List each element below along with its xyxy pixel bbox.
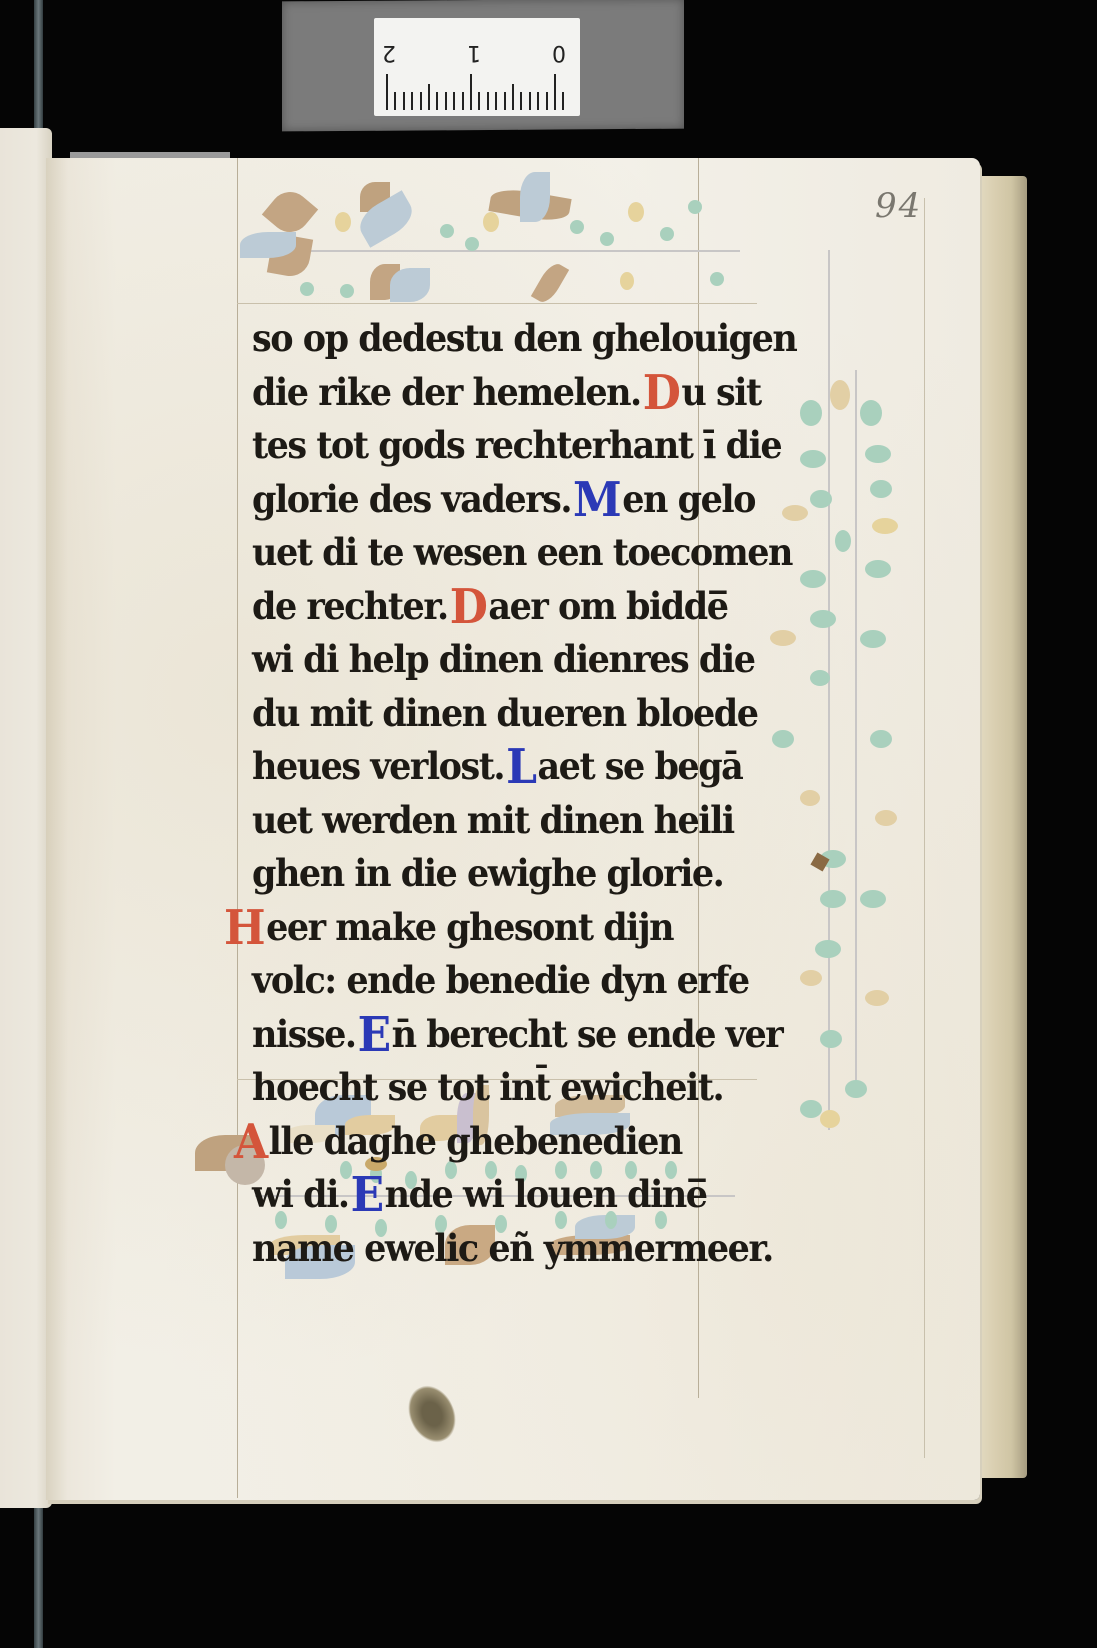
manuscript-text-block: so op dedestu den ghelouigen die rike de… bbox=[252, 312, 812, 1275]
text-line-10: uet werden mit dinen heili bbox=[252, 791, 812, 849]
initial-a-red: A bbox=[232, 1121, 269, 1164]
folio-number: 94 bbox=[875, 186, 922, 226]
ruler-label-0: 0 bbox=[552, 40, 566, 65]
ruler-tick bbox=[520, 92, 522, 110]
ruler-label-2: 2 bbox=[382, 40, 396, 65]
initial-h-red: H bbox=[222, 907, 266, 950]
ruler-tick bbox=[546, 92, 548, 110]
ruler-tick bbox=[420, 92, 422, 110]
text-line-7: wi di help dinen dienres die bbox=[252, 631, 812, 689]
ruler-tick bbox=[487, 92, 489, 110]
ruler-tick bbox=[462, 92, 464, 110]
ruler-tick bbox=[445, 92, 447, 110]
ruling-top bbox=[237, 303, 757, 304]
ruler-tick bbox=[436, 92, 438, 110]
text-line-2: die rike der hemelen.Du sit bbox=[252, 363, 812, 421]
text-line-1: so op dedestu den ghelouigen bbox=[252, 310, 812, 368]
initial-m-blue: M bbox=[571, 479, 622, 522]
text-line-4: glorie des vaders.Men gelo bbox=[252, 470, 812, 528]
text-line-6: de rechter.Daer om bidde̅ bbox=[252, 577, 812, 635]
text-line-17: wi di.Ende wi louen dine̅ bbox=[252, 1166, 812, 1224]
ruler-tick bbox=[554, 74, 556, 110]
ruler-tick bbox=[453, 92, 455, 110]
ruler-tick bbox=[470, 74, 472, 110]
top-floral-border bbox=[240, 172, 760, 302]
initial-d-red: D bbox=[641, 372, 682, 415]
text-line-8: du mit dinen dueren bloede bbox=[252, 684, 812, 742]
text-line-9: heues verlost.Laet se begā bbox=[252, 738, 812, 796]
book-page-edges bbox=[975, 176, 1027, 1478]
text-line-15: hoecht se tot int̄ ewicheit. bbox=[252, 1059, 812, 1117]
ruler-label-1: 1 bbox=[467, 40, 481, 65]
text-line-11: ghen in die ewighe glorie. bbox=[252, 845, 812, 903]
text-line-5: uet di te wesen een toecomen bbox=[252, 524, 812, 582]
ruler-tick bbox=[504, 92, 506, 110]
ruling-left bbox=[237, 158, 238, 1498]
text-line-3: tes tot gods rechterhant ī die bbox=[252, 417, 812, 475]
initial-e-blue: E bbox=[356, 1014, 392, 1057]
initial-e-blue-2: E bbox=[349, 1175, 385, 1218]
text-line-12: Heer make ghesont dijn bbox=[222, 898, 812, 956]
ruler-tick bbox=[512, 84, 514, 110]
initial-l-blue: L bbox=[504, 747, 537, 790]
ruler-tick bbox=[562, 92, 564, 110]
ruler-tick bbox=[428, 84, 430, 110]
initial-d-red-2: D bbox=[448, 586, 489, 629]
text-line-14: nisse.En̄ berecht se ende ver bbox=[252, 1005, 812, 1063]
ruler-tick bbox=[537, 92, 539, 110]
ruler-tick bbox=[529, 92, 531, 110]
scale-ruler: 2 1 0 bbox=[374, 18, 580, 116]
ruler-tick bbox=[478, 92, 480, 110]
text-line-18: name ewelic eñ ymmermeer. bbox=[252, 1219, 812, 1277]
facing-page-edge bbox=[0, 128, 52, 1508]
ruler-tick bbox=[495, 92, 497, 110]
ruler-tick bbox=[386, 74, 388, 110]
text-line-13: volc: ende benedie dyn erfe bbox=[252, 952, 812, 1010]
ruler-tick bbox=[394, 92, 396, 110]
ruler-tick bbox=[403, 92, 405, 110]
ruler-tick bbox=[411, 92, 413, 110]
text-line-16: Alle daghe ghebenedien bbox=[232, 1112, 812, 1170]
